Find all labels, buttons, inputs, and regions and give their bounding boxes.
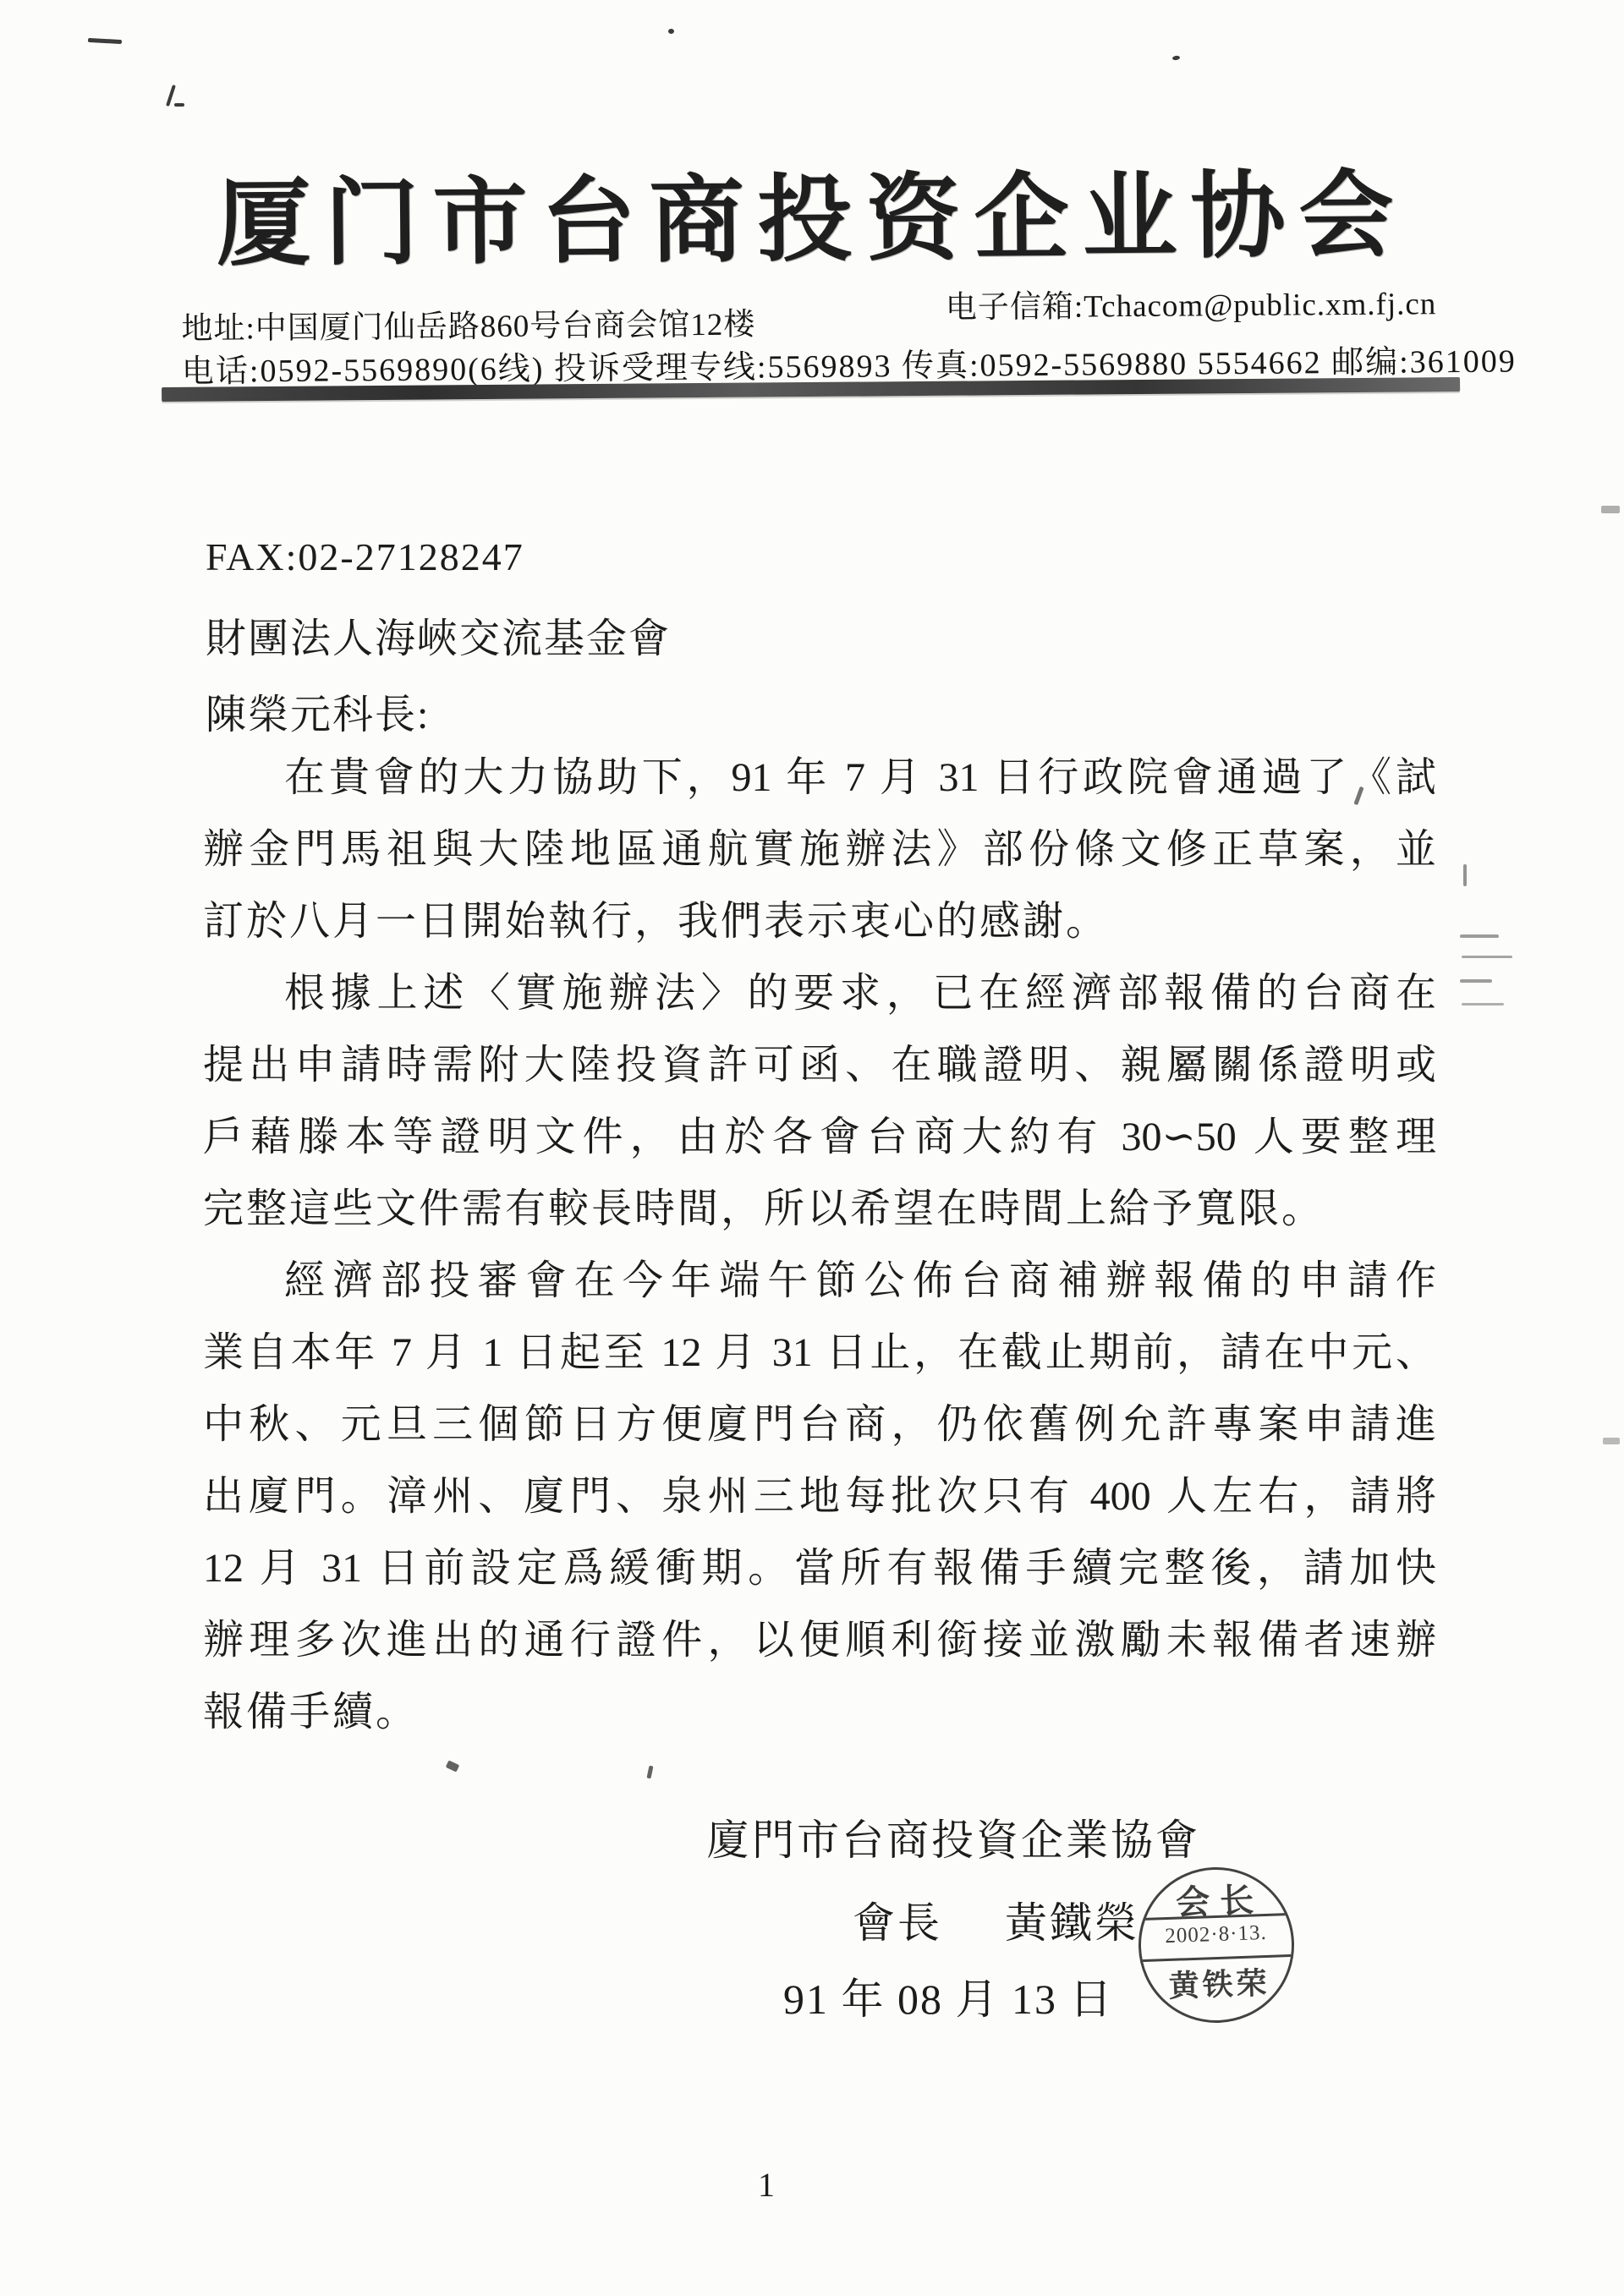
body-line: 辦理多次進出的通行證件，以便順利銜接並激勵未報備者速辦 [203, 1607, 1436, 1679]
fax-line: FAX:02-27128247 [206, 534, 524, 579]
body-line: 在貴會的大力協助下，91 年 7 月 31 日行政院會通過了《試 [203, 744, 1436, 816]
scan-artifact [1460, 934, 1499, 938]
signature-title: 會長 [853, 1889, 942, 1950]
stamp-date: 2002·8·13. [1140, 1921, 1292, 1949]
letter-body: 在貴會的大力協助下，91 年 7 月 31 日行政院會通過了《試辦金門馬祖與大陸… [203, 744, 1436, 1751]
letterhead-email: 电子信箱:Tchacom@public.xm.fj.cn [946, 277, 1437, 327]
body-line: 完整這些文件需有較長時間，所以希望在時間上給予寬限。 [203, 1175, 1436, 1247]
scan-artifact [1603, 1438, 1620, 1444]
scan-artifact [1601, 506, 1620, 513]
scan-artifact [174, 103, 184, 107]
stamp-name: 黄铁荣 [1142, 1959, 1294, 2007]
stamp-title: 会长 [1138, 1872, 1291, 1926]
body-line: 12 月 31 日前設定爲緩衝期。當所有報備手續完整後，請加快 [203, 1535, 1436, 1607]
body-line: 提出申請時需附大陸投資許可函、在職證明、親屬關係證明或 [203, 1032, 1436, 1104]
scanned-letter-page: 厦门市台商投资企业协会 地址:中国厦门仙岳路860号台商会馆12楼 电子信箱:T… [0, 0, 1624, 2296]
body-line: 報備手續。 [203, 1679, 1436, 1751]
body-line: 辦金門馬祖與大陸地區通航實施辦法》部份條文修正草案，並 [203, 816, 1436, 888]
scan-artifact [446, 1760, 459, 1772]
body-line: 中秋、元旦三個節日方便廈門台商，仍依舊例允許專案申請進 [203, 1391, 1436, 1463]
recipient-org: 財團法人海峽交流基金會 [206, 606, 671, 664]
page-number: 1 [758, 2165, 775, 2205]
body-line: 出廈門。漳州、廈門、泉州三地每批次只有 400 人左右，請將 [203, 1463, 1436, 1535]
signature-line: 會長 黃鐵榮 [853, 1889, 1139, 1950]
signature-name: 黃鐵榮 [1005, 1889, 1139, 1950]
body-line: 業自本年 7 月 1 日起至 12 月 31 日止，在截止期前，請在中元、 [203, 1319, 1436, 1391]
letterhead: 厦门市台商投资企业协会 地址:中国厦门仙岳路860号台商会馆12楼 电子信箱:T… [0, 0, 1624, 447]
president-stamp: 会长 2002·8·13. 黄铁荣 [1136, 1865, 1297, 2025]
signature-org: 廈門市台商投資企業協會 [707, 1806, 1200, 1867]
scan-artifact [1463, 864, 1467, 886]
scan-artifact [646, 1766, 653, 1779]
scan-artifact [1460, 979, 1492, 983]
scan-artifact [668, 29, 674, 34]
scan-artifact [1462, 1003, 1504, 1006]
body-line: 訂於八月一日開始執行，我們表示衷心的感謝。 [203, 888, 1436, 960]
recipient-salutation: 陳榮元科長: [206, 682, 430, 740]
signature-date: 91 年 08 月 13 日 [783, 1965, 1114, 2026]
body-line: 根據上述〈實施辦法〉的要求，已在經濟部報備的台商在 [203, 960, 1436, 1032]
body-line: 經濟部投審會在今年端午節公佈台商補辦報備的申請作 [203, 1247, 1436, 1319]
letterhead-org-title: 厦门市台商投资企业协会 [0, 137, 1624, 286]
body-line: 戶藉滕本等證明文件，由於各會台商大約有 30∽50 人要整理 [203, 1104, 1436, 1175]
scan-artifact [1462, 956, 1512, 958]
